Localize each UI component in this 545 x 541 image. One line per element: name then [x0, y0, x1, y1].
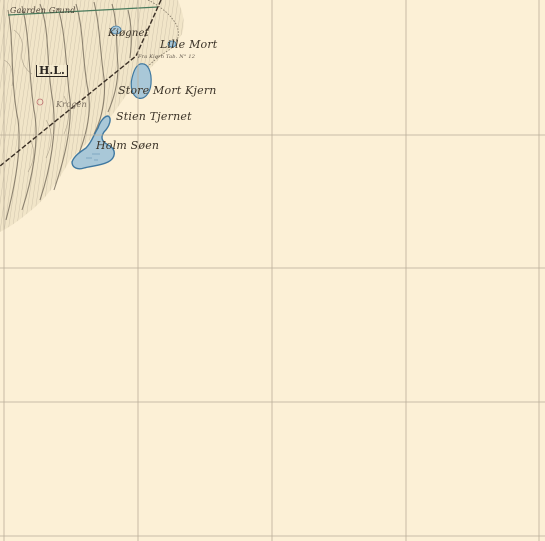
label-lille-mort: Lille Mort [160, 38, 217, 51]
label-holm-soen: Holm Søen [96, 139, 159, 152]
label-tab-note: Fra Kiørn Tab. N° 12 [138, 54, 195, 60]
map-sheet: Gaarden Grund H.L. Kiøgnet Lille Mort Fr… [0, 0, 545, 541]
label-top-left: Gaarden Grund [10, 6, 76, 15]
map-canvas [0, 0, 545, 541]
label-field-note: Krogen [56, 100, 87, 109]
label-store-mort-kjern: Store Mort Kjern [118, 84, 217, 97]
label-stien-tjernet: Stien Tjernet [116, 110, 192, 123]
label-kiognet: Kiøgnet [108, 28, 149, 39]
sheet-marker: H.L. [36, 65, 68, 77]
